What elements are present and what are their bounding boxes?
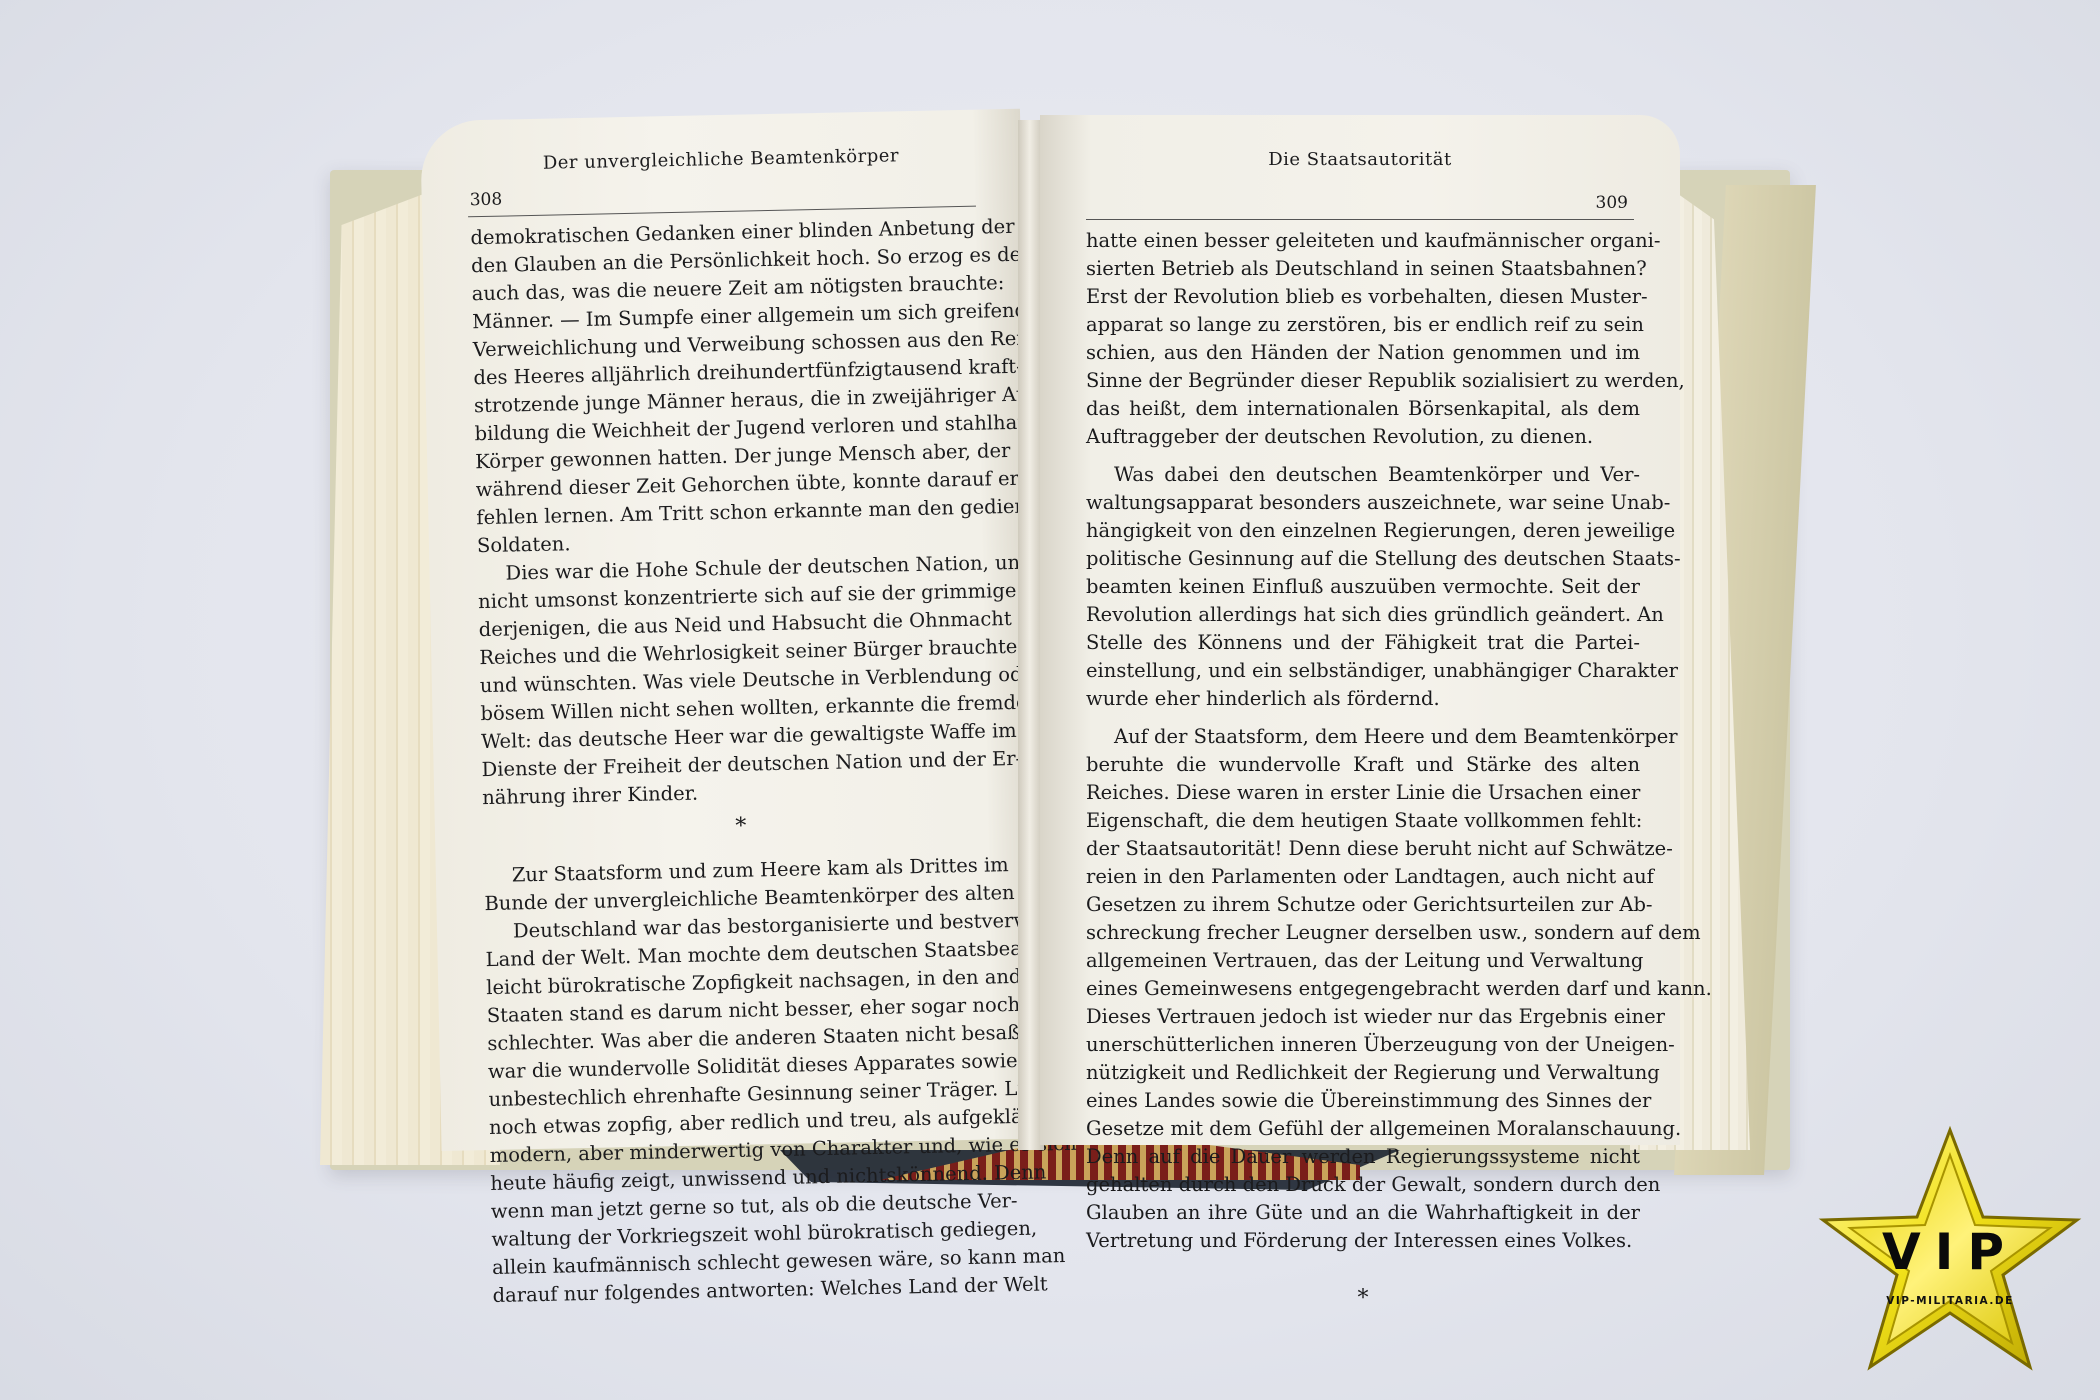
text-line: hängigkeit von den einzelnen Regierungen… <box>1086 517 1640 545</box>
text-line: beamten keinen Einfluß auszuüben vermoch… <box>1086 573 1640 601</box>
text-line: Gesetze mit dem Gefühl der allgemeinen M… <box>1086 1115 1640 1143</box>
text-line: der Staatsautorität! Denn diese beruht n… <box>1086 835 1640 863</box>
text-line: Gesetzen zu ihrem Schutze oder Gerichtsu… <box>1086 891 1640 919</box>
left-page: Der unvergleichliche Beamtenkörper 308 d… <box>420 109 1041 1151</box>
text-line: Sinne der Begründer dieser Republik sozi… <box>1086 367 1640 395</box>
text-line: Stelle des Könnens und der Fähigkeit tra… <box>1086 629 1640 657</box>
text-line: Reiches. Diese waren in erster Linie die… <box>1086 779 1640 807</box>
text-line: Revolution allerdings hat sich dies grün… <box>1086 601 1640 629</box>
text-line: gehalten durch den Druck der Gewalt, son… <box>1086 1171 1640 1199</box>
paragraph-gap <box>1086 451 1640 461</box>
text-line: beruhte die wundervolle Kraft und Stärke… <box>1086 751 1640 779</box>
paragraph: Deutschland war das bestorganisierte und… <box>485 907 1009 1310</box>
running-head-left: Der unvergleichliche Beamtenkörper <box>461 144 981 176</box>
paragraph: hatte einen besser geleiteten und kaufmä… <box>1086 227 1640 451</box>
text-line: Erst der Revolution blieb es vorbehalten… <box>1086 283 1640 311</box>
text-line: politische Gesinnung auf die Stellung de… <box>1086 545 1640 573</box>
paragraph: Dies war die Hohe Schule der deutschen N… <box>477 549 998 812</box>
text-line: unerschütterlichen inneren Überzeugung v… <box>1086 1031 1640 1059</box>
text-line: nützigkeit und Redlichkeit der Regierung… <box>1086 1059 1640 1087</box>
text-line: eines Landes sowie die Übereinstimmung d… <box>1086 1087 1640 1115</box>
header-rule <box>1086 219 1634 220</box>
text-line: allgemeinen Vertrauen, das der Leitung u… <box>1086 947 1640 975</box>
watermark-url: VIP-MILITARIA.DE <box>1815 1295 2085 1307</box>
page-number-left: 308 <box>470 190 503 211</box>
text-line: Vertretung und Förderung der Interessen … <box>1086 1227 1640 1255</box>
text-line: Eigenschaft, die dem heutigen Staate vol… <box>1086 807 1640 835</box>
vip-watermark-badge: VIP VIP-MILITARIA.DE <box>1815 1125 2085 1375</box>
watermark-text: VIP <box>1815 1223 2085 1281</box>
text-line: eines Gemeinwesens entgegengebracht werd… <box>1086 975 1640 1003</box>
photo-scene: Der unvergleichliche Beamtenkörper 308 d… <box>0 0 2100 1400</box>
text-line: das heißt, dem internationalen Börsenkap… <box>1086 395 1640 423</box>
text-line: Dieses Vertrauen jedoch ist wieder nur d… <box>1086 1003 1640 1031</box>
paragraph: demokratischen Gedanken einer blinden An… <box>470 213 993 560</box>
text-line: Denn auf die Dauer werden Regierungssyst… <box>1086 1143 1640 1171</box>
left-page-text: demokratischen Gedanken einer blinden An… <box>470 213 1009 1310</box>
paragraph: Was dabei den deutschen Beamtenkörper un… <box>1086 461 1640 713</box>
text-line: wurde eher hinderlich als fördernd. <box>1086 685 1640 713</box>
page-number-right: 309 <box>1596 193 1628 213</box>
section-separator: * <box>1086 1285 1640 1313</box>
text-line: schreckung frecher Leugner derselben usw… <box>1086 919 1640 947</box>
text-line: Auf der Staatsform, dem Heere und dem Be… <box>1086 723 1640 751</box>
paragraph-gap <box>1086 713 1640 723</box>
running-head-right: Die Staatsautorität <box>1080 149 1640 170</box>
text-line: hatte einen besser geleiteten und kaufmä… <box>1086 227 1640 255</box>
text-line: Was dabei den deutschen Beamtenkörper un… <box>1086 461 1640 489</box>
text-line: schien, aus den Händen der Nation genomm… <box>1086 339 1640 367</box>
right-page-text: hatte einen besser geleiteten und kaufmä… <box>1086 227 1640 1329</box>
section-separator: * <box>483 807 999 846</box>
text-line: einstellung, und ein selbständiger, unab… <box>1086 657 1640 685</box>
text-line: sierten Betrieb als Deutschland in seine… <box>1086 255 1640 283</box>
paragraph: Auf der Staatsform, dem Heere und dem Be… <box>1086 723 1640 1255</box>
text-line: reien in den Parlamenten oder Landtagen,… <box>1086 863 1640 891</box>
text-line: Auftraggeber der deutschen Revolution, z… <box>1086 423 1640 451</box>
text-line: waltungsapparat besonders auszeichnete, … <box>1086 489 1640 517</box>
text-line: apparat so lange zu zerstören, bis er en… <box>1086 311 1640 339</box>
right-page: Die Staatsautorität 309 hatte einen bess… <box>1040 115 1680 1145</box>
text-line: Glauben an ihre Güte und an die Wahrhaft… <box>1086 1199 1640 1227</box>
